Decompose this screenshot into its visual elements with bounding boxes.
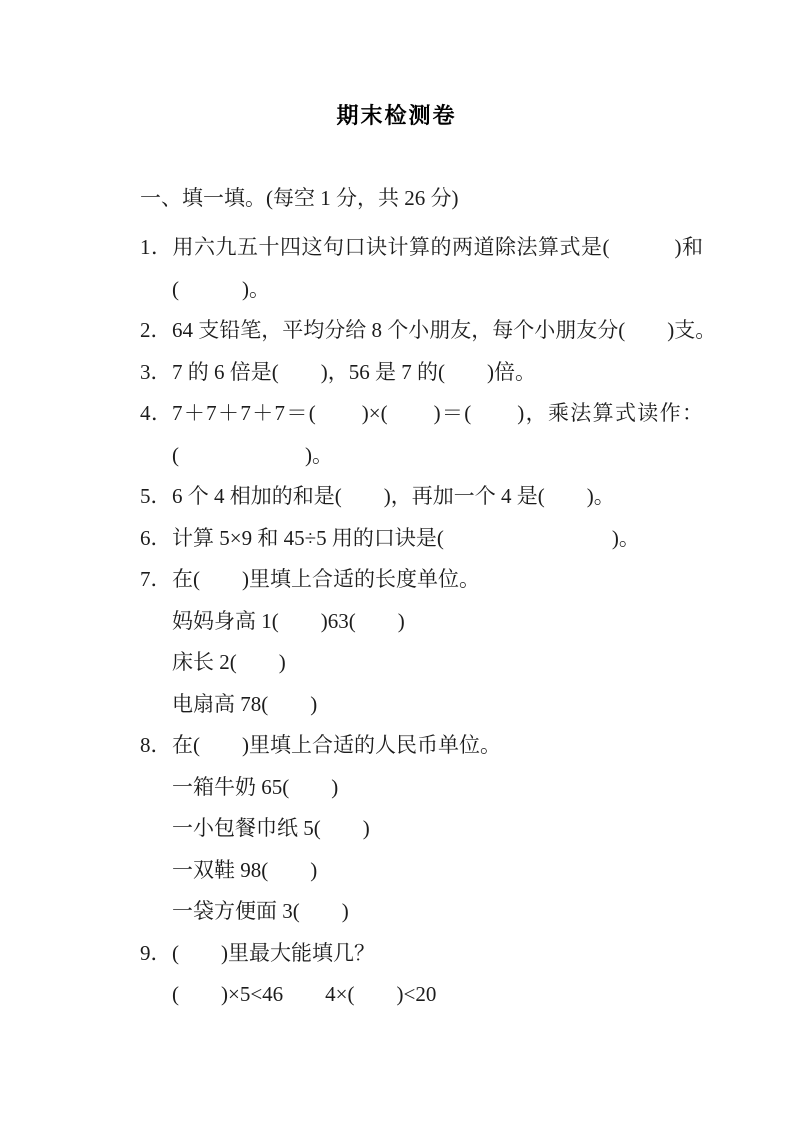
question-line: 4．7＋7＋7＋7＝( )×( )＝( )，乘法算式读作： (140, 393, 703, 435)
question-continuation-line: 妈妈身高 1( )63( ) (140, 601, 703, 643)
question-continuation-line: 电扇高 78( ) (140, 684, 703, 726)
question-continuation-line: 一袋方便面 3( ) (140, 891, 703, 933)
question-continuation-line: 一双鞋 98( ) (140, 850, 703, 892)
question-line: 5．6 个 4 相加的和是( )，再加一个 4 是( )。 (140, 476, 703, 518)
question-number: 4． (140, 393, 172, 435)
question-continuation-line: 一箱牛奶 65( ) (140, 767, 703, 809)
question-line: 2．64 支铅笔，平均分给 8 个小朋友，每个小朋友分( )支。 (140, 310, 703, 352)
question-number: 7． (140, 559, 172, 601)
question-line: 1．用六九五十四这句口诀计算的两道除法算式是( )和 (140, 227, 703, 269)
section-heading: 一、填一填。(每空 1 分，共 26 分) (140, 185, 703, 211)
question-line: 3．7 的 6 倍是( )，56 是 7 的( )倍。 (140, 352, 703, 394)
question-number: 1． (140, 227, 172, 269)
question-line: 9．( )里最大能填几？ (140, 933, 703, 975)
question-continuation-line: ( )。 (140, 269, 703, 311)
question-text: 计算 5×9 和 45÷5 用的口诀是( )。 (172, 526, 640, 550)
question-number: 3． (140, 352, 172, 394)
question-continuation-line: ( )。 (140, 435, 703, 477)
question-number: 9． (140, 933, 172, 975)
question-line: 6．计算 5×9 和 45÷5 用的口诀是( )。 (140, 518, 703, 560)
questions-list: 1．用六九五十四这句口诀计算的两道除法算式是( )和( )。2．64 支铅笔，平… (140, 227, 703, 1016)
question-text: 64 支铅笔，平均分给 8 个小朋友，每个小朋友分( )支。 (172, 318, 716, 342)
question-text: 7＋7＋7＋7＝( )×( )＝( )，乘法算式读作： (172, 401, 703, 425)
question-text: 用六九五十四这句口诀计算的两道除法算式是( )和 (172, 235, 703, 259)
question-line: 7．在( )里填上合适的长度单位。 (140, 559, 703, 601)
question-text: ( )里最大能填几？ (172, 941, 375, 965)
question-text: 在( )里填上合适的长度单位。 (172, 567, 480, 591)
question-continuation-line: 一小包餐巾纸 5( ) (140, 808, 703, 850)
question-number: 5． (140, 476, 172, 518)
question-text: 7 的 6 倍是( )，56 是 7 的( )倍。 (172, 360, 536, 384)
question-number: 2． (140, 310, 172, 352)
question-text: 6 个 4 相加的和是( )，再加一个 4 是( )。 (172, 484, 615, 508)
question-line: 8．在( )里填上合适的人民币单位。 (140, 725, 703, 767)
question-continuation-line: ( )×5<46 4×( )<20 (140, 974, 703, 1016)
question-number: 6． (140, 518, 172, 560)
question-number: 8． (140, 725, 172, 767)
question-continuation-line: 床长 2( ) (140, 642, 703, 684)
page-title: 期末检测卷 (0, 99, 793, 130)
question-text: 在( )里填上合适的人民币单位。 (172, 733, 501, 757)
test-paper-page: 期末检测卷 一、填一填。(每空 1 分，共 26 分) 1．用六九五十四这句口诀… (0, 0, 793, 1122)
